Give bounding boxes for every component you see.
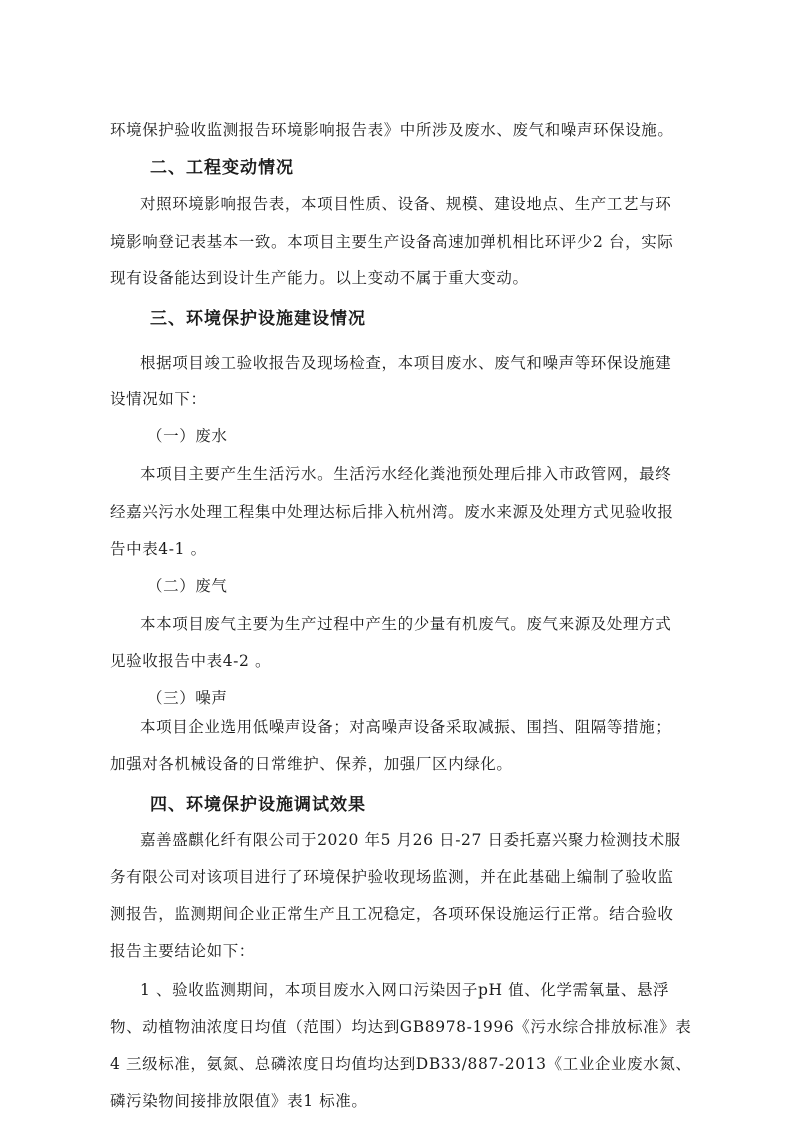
section-heading: 二、工程变动情况 [150, 153, 294, 178]
paragraph-line: 务有限公司对该项目进行了环境保护验收现场监测，并在此基础上编制了验收监 [110, 865, 700, 887]
paragraph-line: 对照环境影响报告表，本项目性质、设备、规模、建设地点、生产工艺与环 [140, 192, 730, 214]
conclusion-line: 物、动植物油浓度日均值（范围）均达到GB8978-1996《污水综合排放标准》表 [110, 1015, 700, 1037]
paragraph-line: 告中表4-1 。 [110, 537, 700, 559]
section-heading: 四、环境保护设施调试效果 [150, 790, 366, 815]
subsection-title: （二）废气 [147, 574, 228, 596]
subsection-title: （三）噪声 [147, 686, 228, 708]
subsection-title: （一）废水 [147, 424, 228, 446]
paragraph-line: 测报告，监测期间企业正常生产且工况稳定，各项环保设施运行正常。结合验收 [110, 902, 700, 924]
paragraph-line: 加强对各机械设备的日常维护、保养，加强厂区内绿化。 [110, 752, 700, 774]
paragraph-line: 现有设备能达到设计生产能力。以上变动不属于重大变动。 [110, 266, 700, 288]
paragraph-line: 经嘉兴污水处理工程集中处理达标后排入杭州湾。废水来源及处理方式见验收报 [110, 500, 700, 522]
conclusion-line: 1 、验收监测期间，本项目废水入网口污染因子pH 值、化学需氧量、悬浮 [140, 978, 730, 1000]
paragraph-line: 根据项目竣工验收报告及现场检查，本项目废水、废气和噪声等环保设施建 [140, 351, 730, 373]
paragraph-line: 环境保护验收监测报告环境影响报告表》中所涉及废水、废气和噪声环保设施。 [110, 118, 700, 140]
paragraph-line: 见验收报告中表4-2 。 [110, 649, 700, 671]
conclusion-line: 磷污染物间接排放限值》表1 标准。 [110, 1089, 700, 1111]
paragraph-line: 境影响登记表基本一致。本项目主要生产设备高速加弹机相比环评少2 台，实际 [110, 230, 700, 252]
paragraph-line: 报告主要结论如下： [110, 939, 700, 961]
paragraph-line: 本本项目废气主要为生产过程中产生的少量有机废气。废气来源及处理方式 [140, 612, 730, 634]
paragraph-line: 设情况如下： [110, 387, 700, 409]
paragraph-line: 本项目企业选用低噪声设备；对高噪声设备采取减振、围挡、阻隔等措施； [140, 715, 730, 737]
paragraph-line: 本项目主要产生生活污水。生活污水经化粪池预处理后排入市政管网，最终 [140, 462, 730, 484]
paragraph-line: 嘉善盛麒化纤有限公司于2020 年5 月26 日-27 日委托嘉兴聚力检测技术服 [140, 828, 730, 850]
conclusion-line: 4 三级标准，氨氮、总磷浓度日均值均达到DB33/887-2013《工业企业废水… [110, 1052, 700, 1074]
section-heading: 三、环境保护设施建设情况 [150, 304, 366, 329]
